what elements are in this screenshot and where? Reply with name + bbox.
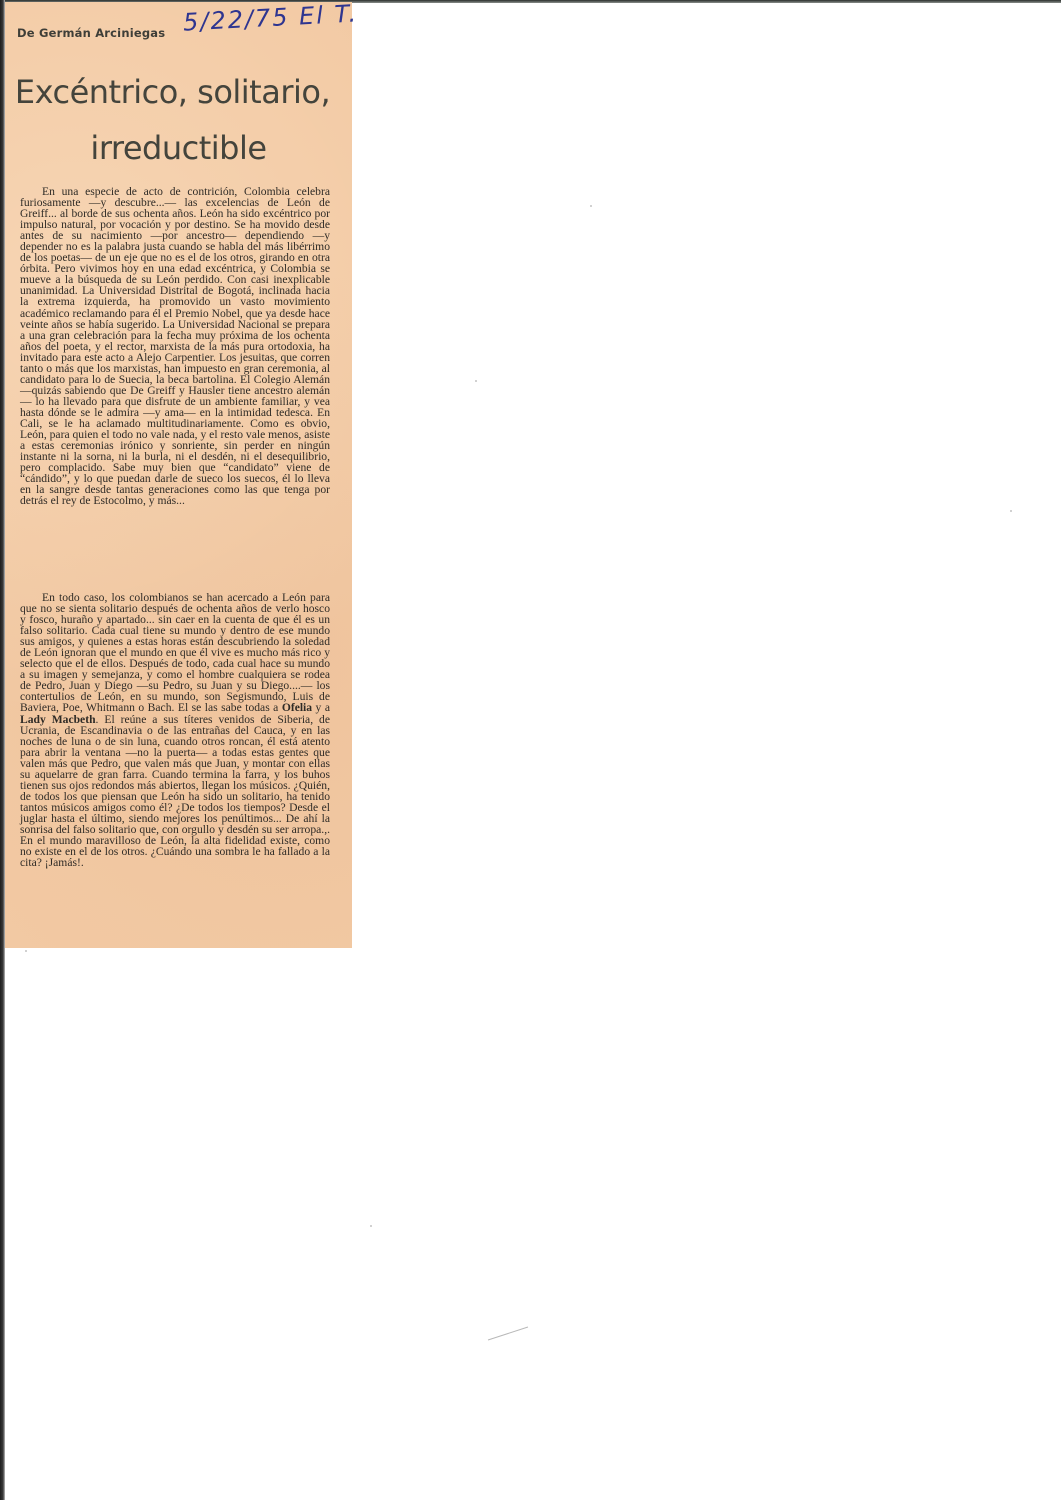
paragraph-2: En todo caso, los colombianos se han ace… (20, 592, 330, 868)
newspaper-clipping: 5/22/75 El T. De Germán Arciniegas Excén… (5, 2, 352, 948)
scan-speck (370, 1225, 372, 1227)
article-body-paragraph-1: En una especie de acto de contrición, Co… (20, 186, 330, 506)
scan-speck (590, 205, 592, 207)
paragraph-1: En una especie de acto de contrición, Co… (20, 186, 330, 506)
handwritten-date-annotation: 5/22/75 El T. (182, 0, 358, 37)
scan-speck (475, 380, 477, 382)
scan-speck (1010, 510, 1012, 512)
headline-line-2: irreductible (5, 120, 352, 176)
bold-name: Lady Macbeth (20, 713, 96, 726)
article-body-paragraph-2: En todo caso, los colombianos se han ace… (20, 592, 330, 868)
bold-name: Ofelia (282, 701, 312, 714)
byline: De Germán Arciniegas (17, 26, 165, 40)
scan-speck (25, 950, 27, 952)
scan-scratch (488, 1327, 528, 1341)
headline: Excéntrico, solitario, irreductible (5, 64, 352, 176)
headline-line-1: Excéntrico, solitario, (5, 64, 352, 120)
